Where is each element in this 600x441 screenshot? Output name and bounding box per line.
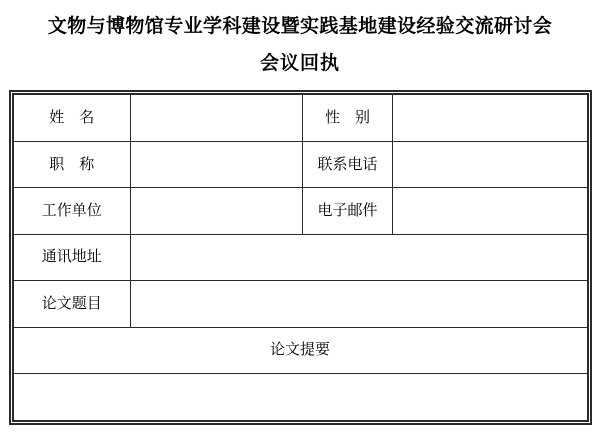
- address-label: 通讯地址: [14, 234, 131, 280]
- gender-label: 性 别: [303, 95, 393, 141]
- row-jobtitle-phone: 职 称 联系电话: [14, 141, 587, 187]
- name-label: 姓 名: [14, 95, 131, 141]
- abstract-header-label: 论文提要: [14, 327, 587, 373]
- row-name-gender: 姓 名 性 别: [14, 95, 587, 141]
- page-subtitle: 会议回执: [0, 53, 600, 75]
- job-title-label: 职 称: [14, 141, 131, 187]
- document-page: 文物与博物馆专业学科建设暨实践基地建设经验交流研讨会 会议回执 姓 名 性 别 …: [0, 0, 600, 441]
- email-label: 电子邮件: [303, 188, 393, 234]
- gender-field[interactable]: [393, 95, 587, 141]
- reply-form-table: 姓 名 性 别 职 称 联系电话 工作单位 电子邮件: [9, 90, 592, 425]
- row-abstract: [14, 374, 587, 420]
- phone-field[interactable]: [393, 141, 587, 187]
- work-unit-field[interactable]: [131, 188, 303, 234]
- paper-title-field[interactable]: [131, 281, 587, 327]
- paper-title-label: 论文题目: [14, 281, 131, 327]
- address-field[interactable]: [131, 234, 587, 280]
- abstract-field[interactable]: [14, 374, 587, 420]
- name-field[interactable]: [131, 95, 303, 141]
- job-title-field[interactable]: [131, 141, 303, 187]
- row-abstract-header: 论文提要: [14, 327, 587, 373]
- email-field[interactable]: [393, 188, 587, 234]
- row-paper-title: 论文题目: [14, 281, 587, 327]
- phone-label: 联系电话: [303, 141, 393, 187]
- work-unit-label: 工作单位: [14, 188, 131, 234]
- row-address: 通讯地址: [14, 234, 587, 280]
- page-title: 文物与博物馆专业学科建设暨实践基地建设经验交流研讨会: [0, 14, 600, 40]
- row-workunit-email: 工作单位 电子邮件: [14, 188, 587, 234]
